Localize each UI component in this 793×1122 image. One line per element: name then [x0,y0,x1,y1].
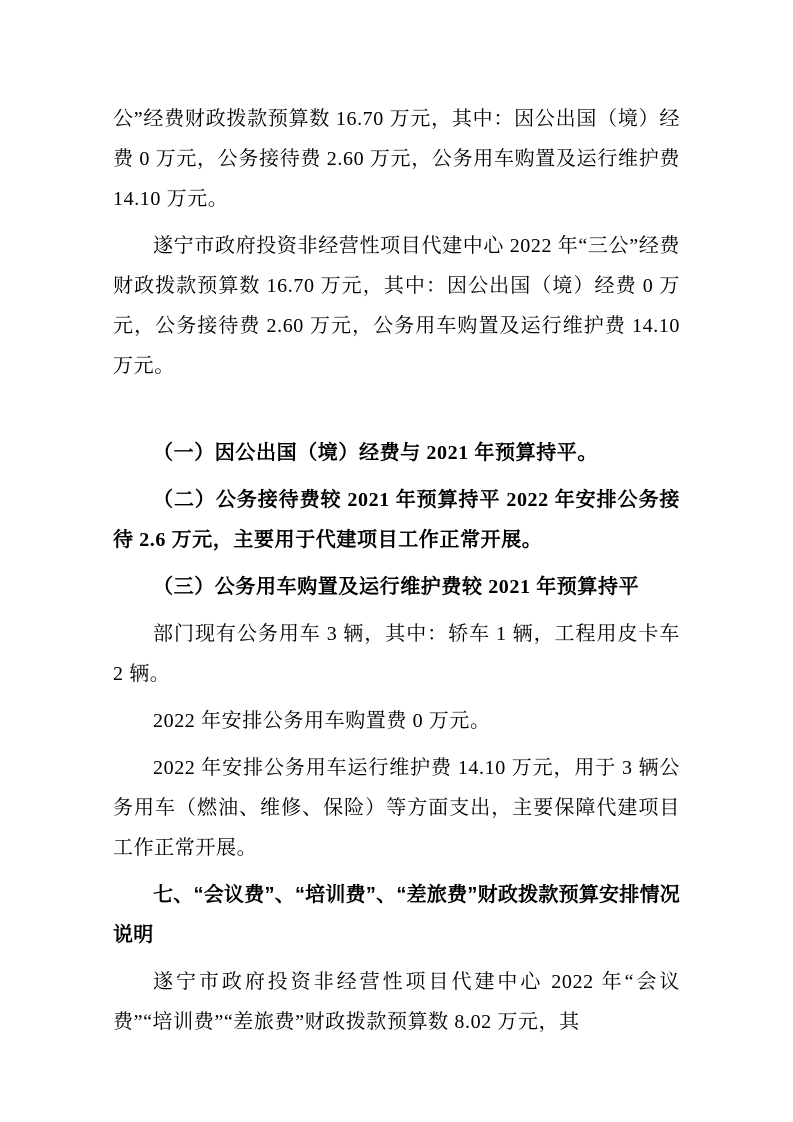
para-sangong-budget-2022: 遂宁市政府投资非经营性项目代建中心 2022 年“三公”经费财政拨款预算数 16… [113,226,680,386]
document-content: 公”经费财政拨款预算数 16.70 万元，其中：因公出国（境）经费 0 万元，公… [113,99,680,1049]
heading-item-3-vehicle-expense: （三）公务用车购置及运行维护费较 2021 年预算持平 [113,567,680,607]
para-meeting-training-travel-budget: 遂宁市政府投资非经营性项目代建中心 2022 年“会议费”“培训费”“差旅费”财… [113,962,680,1042]
para-sangong-budget-continuation: 公”经费财政拨款预算数 16.70 万元，其中：因公出国（境）经费 0 万元，公… [113,99,680,219]
document-page: 公”经费财政拨款预算数 16.70 万元，其中：因公出国（境）经费 0 万元，公… [0,0,793,1122]
heading-item-1-abroad-expense: （一）因公出国（境）经费与 2021 年预算持平。 [113,433,680,473]
heading-section-7-meeting-training-travel: 七、“会议费”、“培训费”、“差旅费”财政拨款预算安排情况说明 [113,875,680,955]
para-vehicle-maintenance: 2022 年安排公务用车运行维护费 14.10 万元，用于 3 辆公务用车（燃油… [113,748,680,868]
para-vehicle-count: 部门现有公务用车 3 辆，其中：轿车 1 辆，工程用皮卡车 2 辆。 [113,614,680,694]
heading-item-2-reception-expense: （二）公务接待费较 2021 年预算持平 2022 年安排公务接待 2.6 万元… [113,480,680,560]
para-vehicle-purchase: 2022 年安排公务用车购置费 0 万元。 [113,701,680,741]
